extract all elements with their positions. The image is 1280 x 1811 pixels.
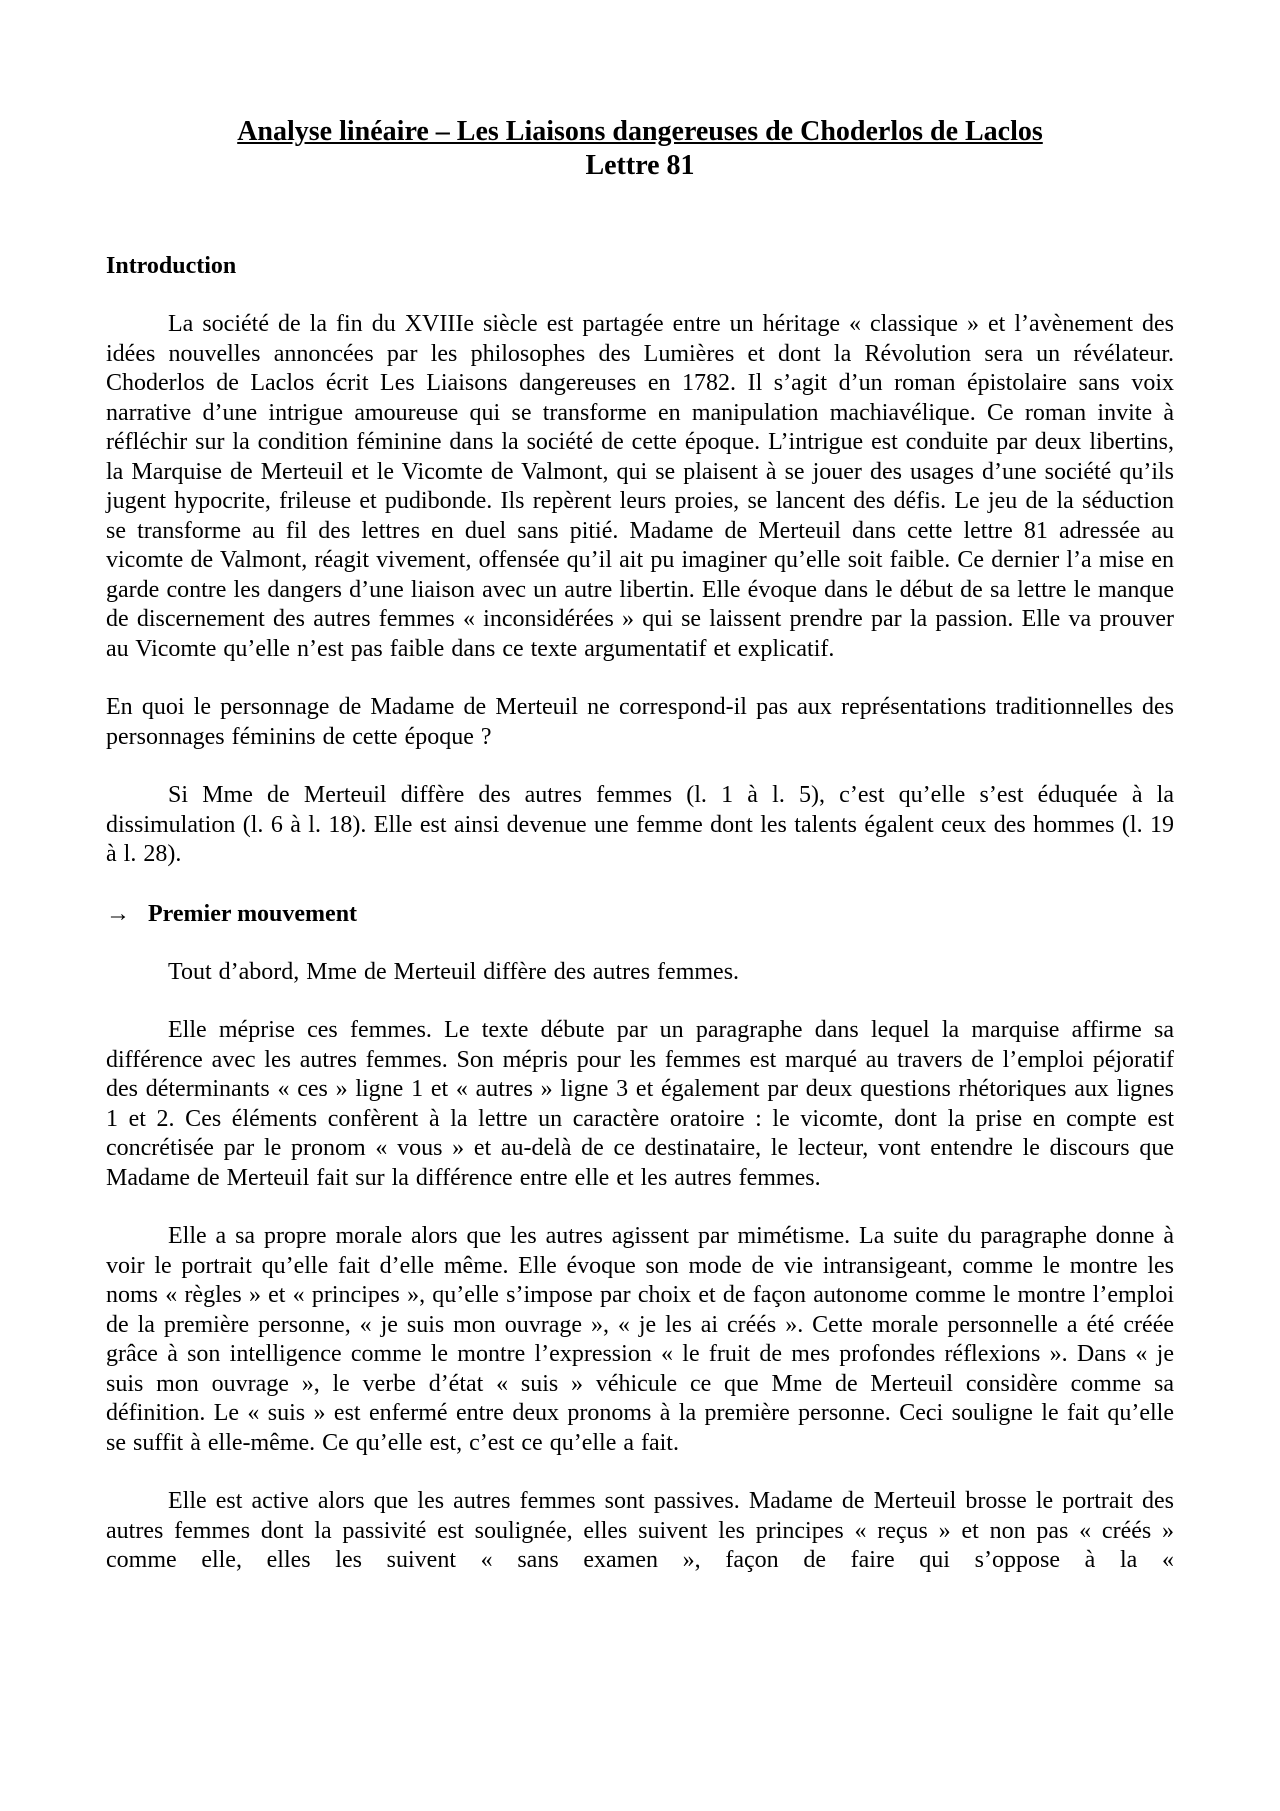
premier-mouvement-heading: →Premier mouvement: [106, 899, 1174, 929]
document-title: Analyse linéaire – Les Liaisons dangereu…: [106, 115, 1174, 183]
premier-mouvement-label: Premier mouvement: [148, 901, 357, 927]
paragraph-active: Elle est active alors que les autres fem…: [106, 1487, 1174, 1576]
introduction-heading: Introduction: [106, 251, 1174, 281]
paragraph-plan: Si Mme de Merteuil diffère des autres fe…: [106, 781, 1174, 870]
paragraph-mepris: Elle méprise ces femmes. Le texte débute…: [106, 1016, 1174, 1193]
paragraph-mouvement-opening: Tout d’abord, Mme de Merteuil diffère de…: [106, 958, 1174, 988]
arrow-right-icon: →: [106, 899, 130, 929]
title-line-1: Analyse linéaire – Les Liaisons dangereu…: [106, 115, 1174, 149]
paragraph-introduction: La société de la fin du XVIIIe siècle es…: [106, 310, 1174, 664]
paragraph-problematique: En quoi le personnage de Madame de Merte…: [106, 693, 1174, 752]
document-page: Analyse linéaire – Les Liaisons dangereu…: [0, 0, 1280, 1811]
paragraph-morale: Elle a sa propre morale alors que les au…: [106, 1222, 1174, 1458]
title-line-2: Lettre 81: [106, 149, 1174, 183]
